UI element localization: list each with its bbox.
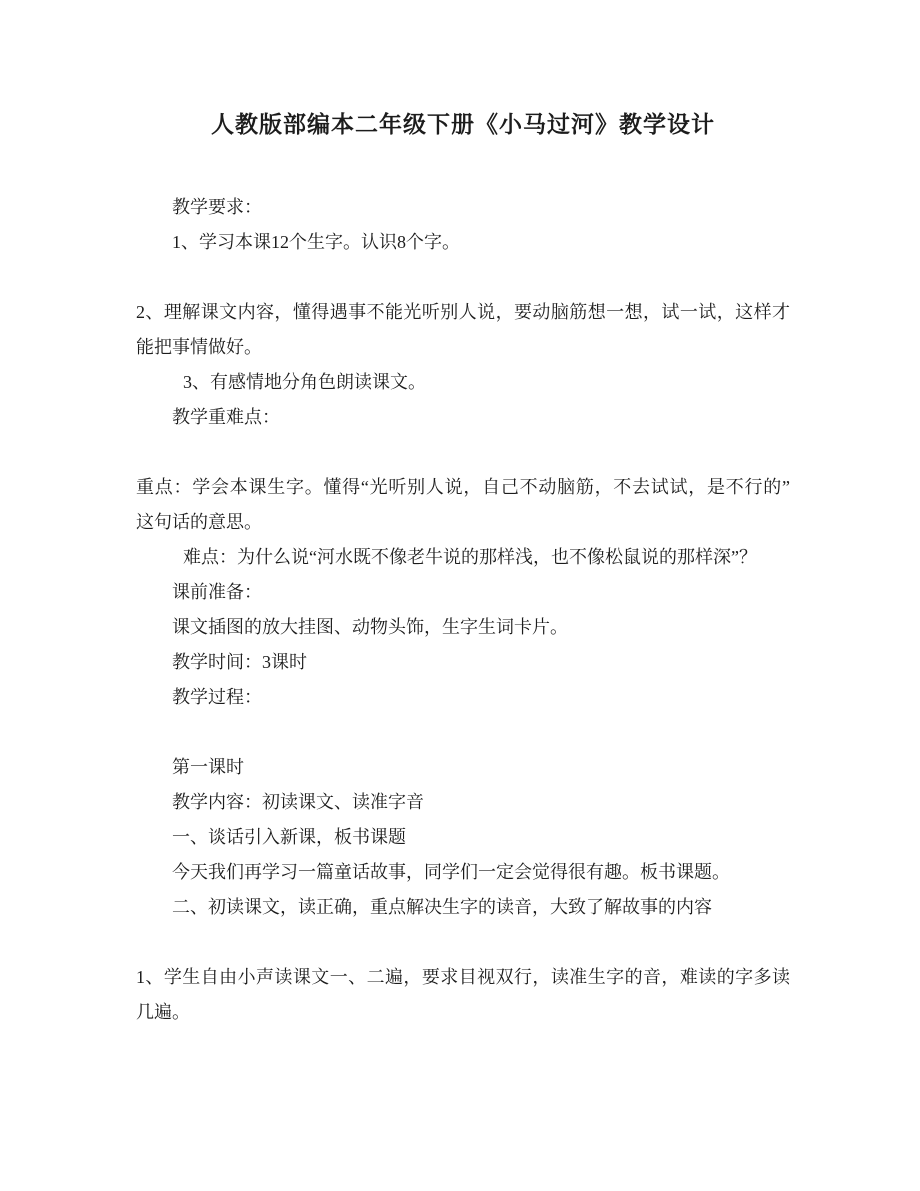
blank-line bbox=[136, 925, 790, 960]
text-line: 第一课时 bbox=[136, 750, 790, 785]
document-page: 人教版部编本二年级下册《小马过河》教学设计 教学要求： 1、学习本课12个生字。… bbox=[0, 0, 920, 1191]
text-line: 1、学生自由小声读课文一、二遍，要求目视双行，读准生字的音，难读的字多读 bbox=[136, 960, 790, 995]
text-line: 2、理解课文内容，懂得遇事不能光听别人说，要动脑筋想一想，试一试，这样才 bbox=[136, 295, 790, 330]
text-line: 今天我们再学习一篇童话故事，同学们一定会觉得很有趣。板书课题。 bbox=[136, 855, 790, 890]
document-title: 人教版部编本二年级下册《小马过河》教学设计 bbox=[136, 104, 790, 146]
blank-line bbox=[136, 435, 790, 470]
text-line: 教学重难点： bbox=[136, 400, 790, 435]
text-line: 1、学习本课12个生字。认识8个字。 bbox=[136, 225, 790, 260]
text-line: 教学要求： bbox=[136, 190, 790, 225]
text-line: 难点：为什么说“河水既不像老牛说的那样浅，也不像松鼠说的那样深”？ bbox=[136, 540, 790, 575]
text-line: 重点：学会本课生字。懂得“光听别人说，自己不动脑筋，不去试试，是不行的” bbox=[136, 470, 790, 505]
text-line: 教学时间：3课时 bbox=[136, 645, 790, 680]
text-line: 课文插图的放大挂图、动物头饰，生字生词卡片。 bbox=[136, 610, 790, 645]
text-line: 教学内容：初读课文、读准字音 bbox=[136, 785, 790, 820]
document-body: 教学要求： 1、学习本课12个生字。认识8个字。 2、理解课文内容，懂得遇事不能… bbox=[136, 190, 790, 1030]
text-line: 能把事情做好。 bbox=[136, 330, 790, 365]
blank-line bbox=[136, 260, 790, 295]
text-line: 一、谈话引入新课，板书课题 bbox=[136, 820, 790, 855]
blank-line bbox=[136, 715, 790, 750]
text-line: 这句话的意思。 bbox=[136, 505, 790, 540]
text-line: 几遍。 bbox=[136, 995, 790, 1030]
text-line: 3、有感情地分角色朗读课文。 bbox=[136, 365, 790, 400]
text-line: 教学过程： bbox=[136, 680, 790, 715]
text-line: 二、初读课文，读正确，重点解决生字的读音，大致了解故事的内容 bbox=[136, 890, 790, 925]
text-line: 课前准备： bbox=[136, 575, 790, 610]
